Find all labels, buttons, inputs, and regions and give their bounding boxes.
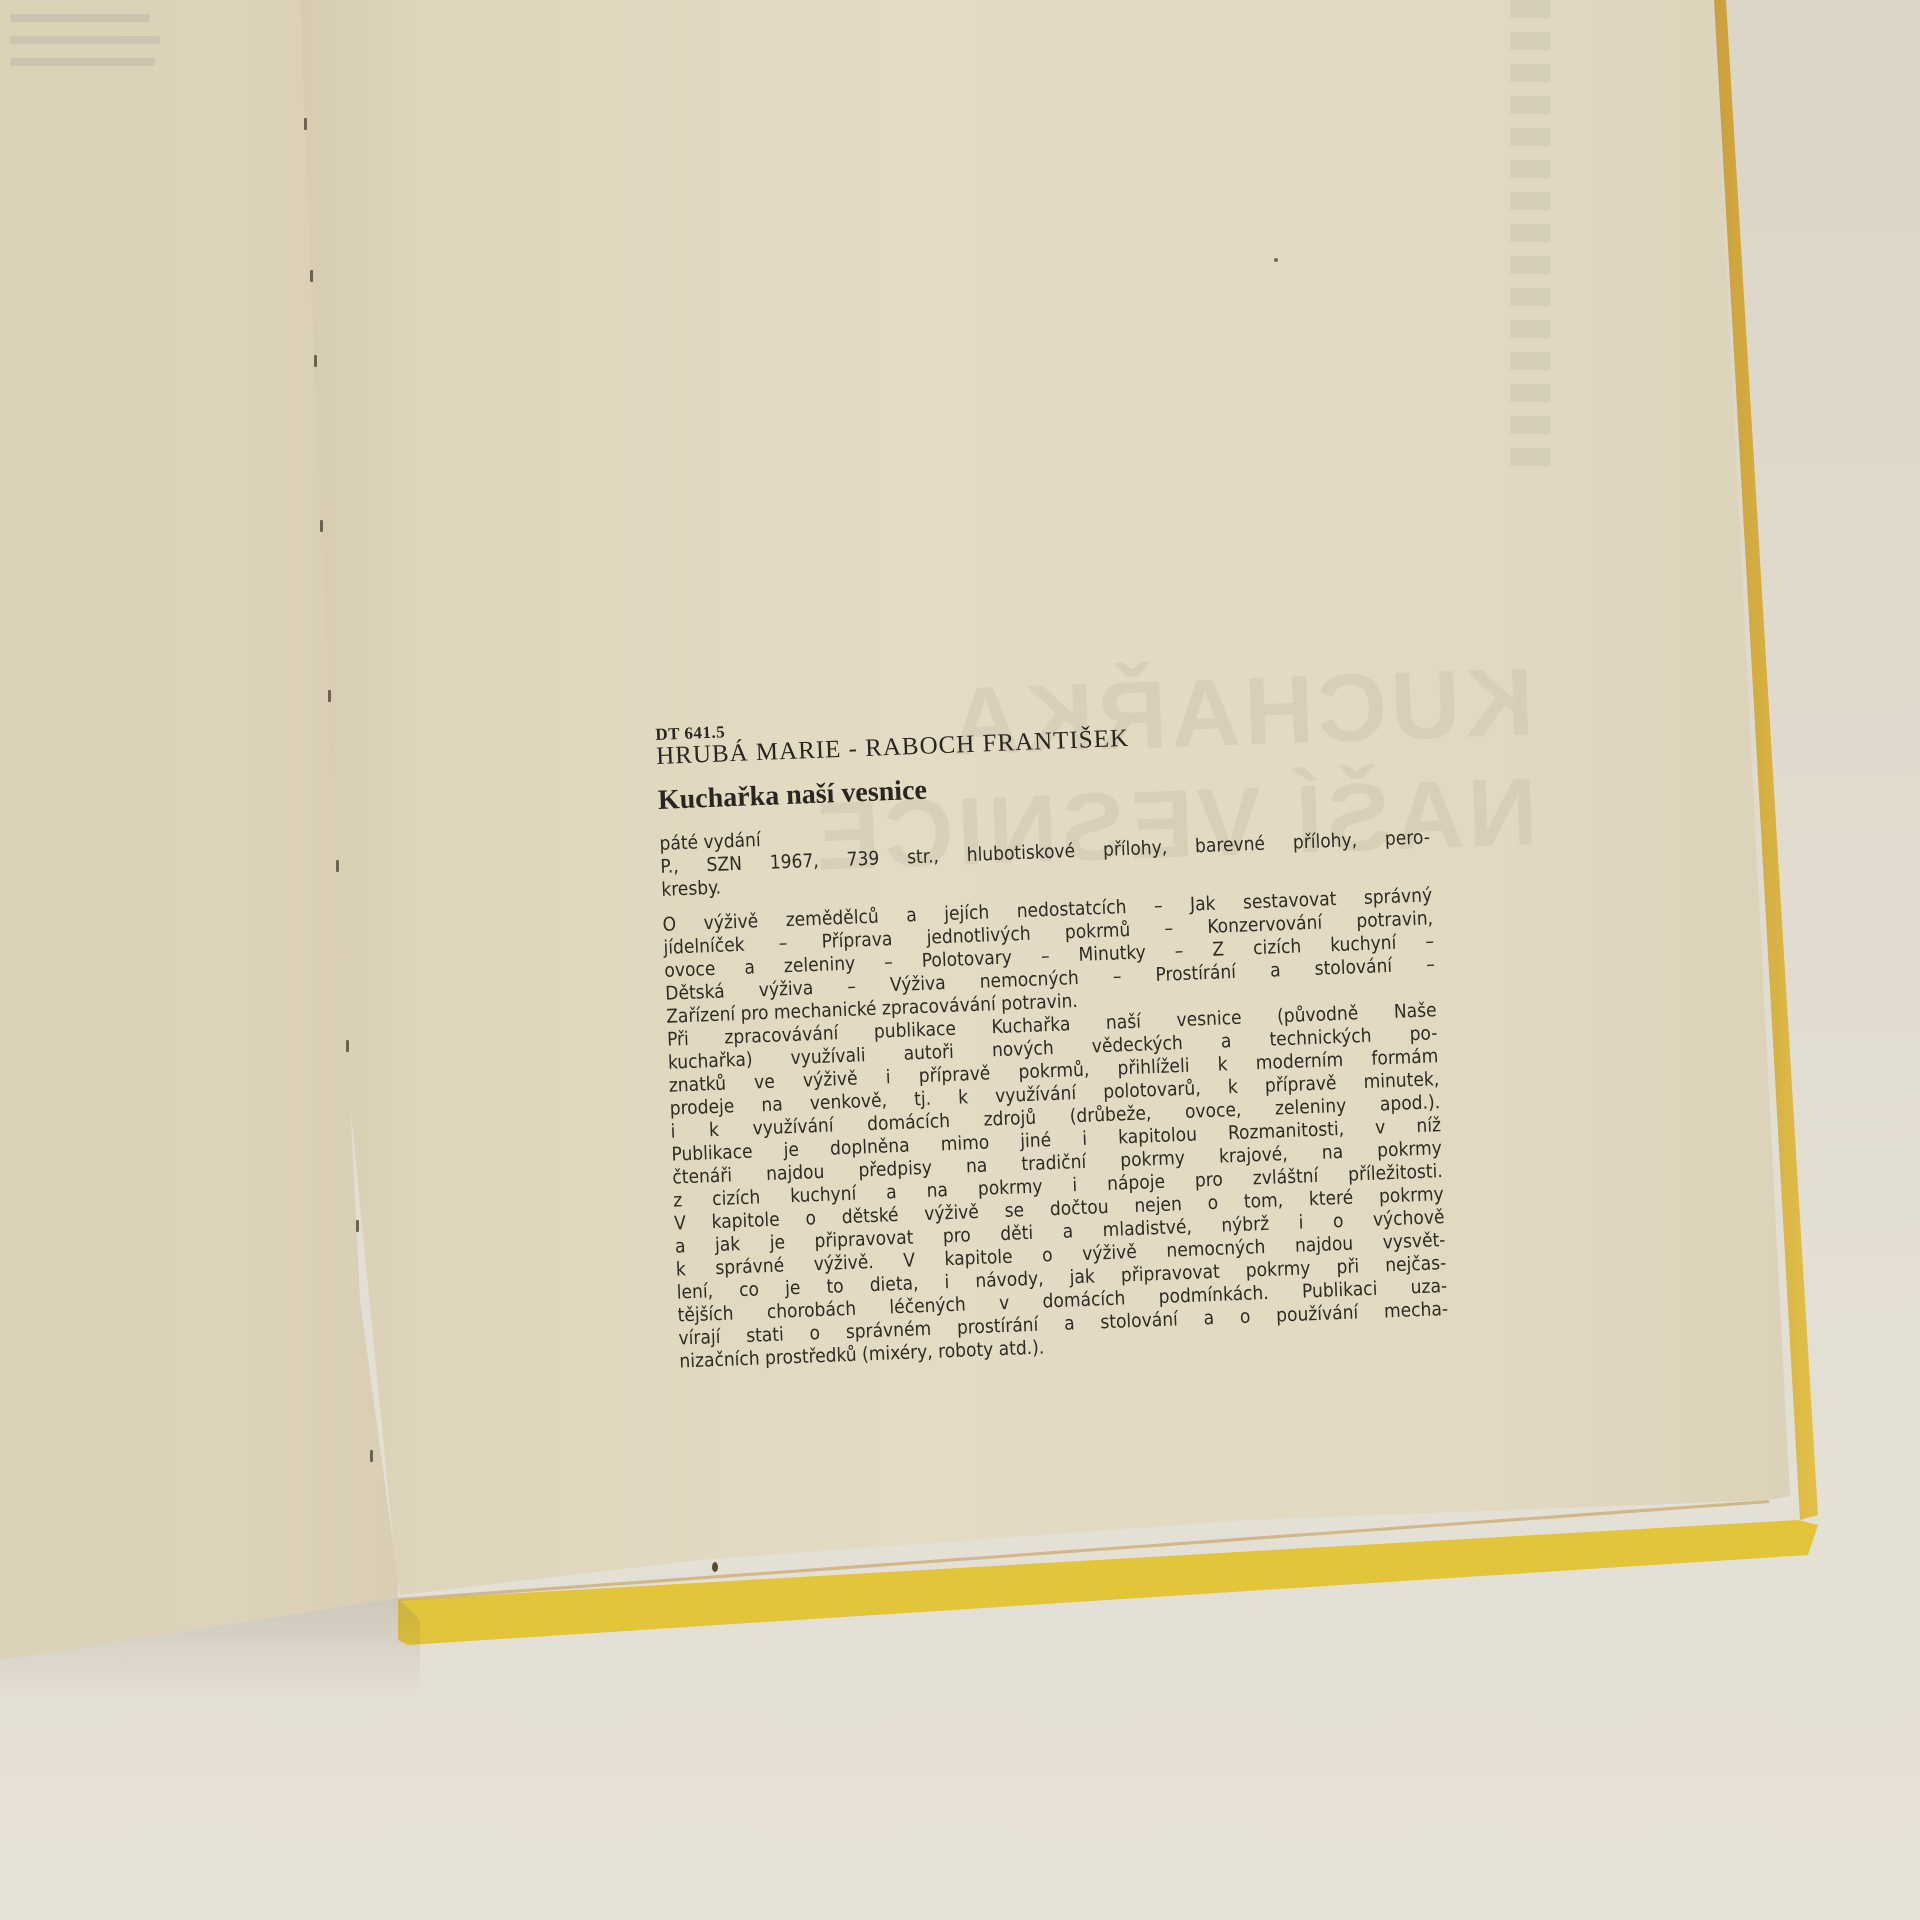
left-page-show-through xyxy=(0,0,160,90)
stitch-mark xyxy=(304,118,307,130)
paper-speck xyxy=(1274,258,1278,262)
stitch-mark xyxy=(314,355,317,367)
stitch-mark xyxy=(328,690,331,702)
stitch-mark xyxy=(356,1220,359,1232)
cover-stain xyxy=(712,1562,718,1572)
catalog-card: DT 641.5 HRUBÁ MARIE - RABOCH FRANTIŠEK … xyxy=(655,695,1469,1374)
stitch-mark xyxy=(320,520,323,532)
stitch-mark xyxy=(346,1040,349,1052)
publication-info: páté vydání P., SZN 1967, 739 str., hlub… xyxy=(659,803,1451,902)
gutter-stitches xyxy=(300,0,400,1600)
description: O výživě zemědělců a jejích nedostatcích… xyxy=(662,884,1469,1374)
stitch-mark xyxy=(310,270,313,282)
stitch-mark xyxy=(336,860,339,872)
show-through-spine-text xyxy=(1510,0,1550,480)
stitch-mark xyxy=(370,1450,373,1462)
